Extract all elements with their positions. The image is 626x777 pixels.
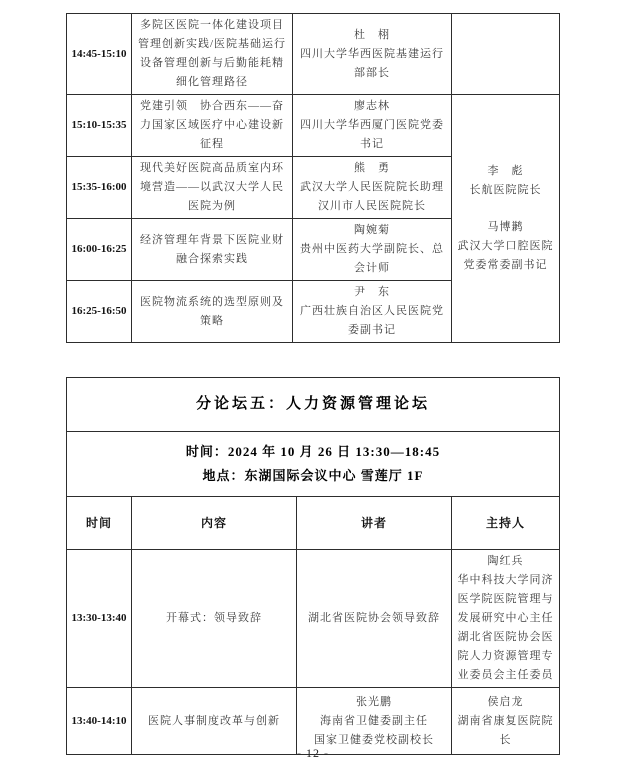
forum-location-line: 地点：东湖国际会议中心 雪莲厅 1F [71, 464, 555, 488]
forum-title: 分论坛五：人力资源管理论坛 [67, 378, 560, 432]
speaker-name: 廖志林 [297, 97, 447, 116]
time-cell: 16:25-16:50 [67, 281, 132, 343]
time-cell: 13:40-14:10 [67, 688, 132, 755]
time-cell: 13:30-13:40 [67, 550, 132, 688]
time-cell: 15:35-16:00 [67, 157, 132, 219]
topic-cell: 多院区医院一体化建设项目管理创新实践/医院基础运行设备管理创新与后勤能耗精细化管… [132, 14, 293, 95]
speaker-cell: 陶婉菊 贵州中医药大学副院长、总会计师 [293, 219, 452, 281]
forum-time-location: 时间：2024 年 10 月 26 日 13:30—18:45 地点：东湖国际会… [67, 432, 560, 497]
column-header-moderator: 主持人 [452, 497, 560, 550]
speaker-cell: 杜 栩 四川大学华西医院基建运行部部长 [293, 14, 452, 95]
speaker-cell: 熊 勇 武汉大学人民医院院长助理汉川市人民医院院长 [293, 157, 452, 219]
speaker-title: 广西壮族自治区人民医院党委副书记 [297, 302, 447, 340]
speaker-cell: 湖北省医院协会领导致辞 [297, 550, 452, 688]
topic-cell: 现代美好医院高品质室内环境营造——以武汉大学人民医院为例 [132, 157, 293, 219]
moderator-title: 湖北省医院协会医院人力资源管理专业委员会主任委员 [456, 628, 555, 685]
speaker-cell: 张光鹏 海南省卫健委副主任 国家卫健委党校副校长 [297, 688, 452, 755]
topic-cell: 医院人事制度改革与创新 [132, 688, 297, 755]
moderator-title: 武汉大学口腔医院党委常委副书记 [456, 237, 555, 275]
speaker-name: 熊 勇 [297, 159, 447, 178]
moderator-title: 长航医院院长 [456, 181, 555, 200]
moderator-title: 湖南省康复医院院长 [456, 712, 555, 750]
moderators-cell: 李 彪 长航医院院长 马博鹣 武汉大学口腔医院党委常委副书记 [452, 95, 560, 343]
document-page: 14:45-15:10 多院区医院一体化建设项目管理创新实践/医院基础运行设备管… [0, 0, 626, 777]
speaker-name: 陶婉菊 [297, 221, 447, 240]
moderator-cell: 陶红兵 华中科技大学同济医学院医院管理与发展研究中心主任 湖北省医院协会医院人力… [452, 550, 560, 688]
time-cell: 16:00-16:25 [67, 219, 132, 281]
forum-time-line: 时间：2024 年 10 月 26 日 13:30—18:45 [71, 440, 555, 464]
column-header-speaker: 讲者 [297, 497, 452, 550]
speaker-title: 武汉大学人民医院院长助理汉川市人民医院院长 [297, 178, 447, 216]
moderator-cell: 侯启龙 湖南省康复医院院长 [452, 688, 560, 755]
speaker-title: 四川大学华西医院基建运行部部长 [297, 45, 447, 83]
schedule-table-continued: 14:45-15:10 多院区医院一体化建设项目管理创新实践/医院基础运行设备管… [66, 13, 560, 343]
page-number: - 12 - [0, 746, 626, 761]
moderator-name: 马博鹣 [456, 218, 555, 237]
moderator-cell-empty [452, 14, 560, 95]
topic-cell: 经济管理年背景下医院业财融合探索实践 [132, 219, 293, 281]
topic-cell: 开幕式：领导致辞 [132, 550, 297, 688]
column-header-topic: 内容 [132, 497, 297, 550]
moderator-name: 陶红兵 [456, 552, 555, 571]
moderator-name: 李 彪 [456, 162, 555, 181]
topic-cell: 医院物流系统的选型原则及策略 [132, 281, 293, 343]
speaker-cell: 廖志林 四川大学华西厦门医院党委书记 [293, 95, 452, 157]
speaker-title: 海南省卫健委副主任 [301, 712, 447, 731]
column-header-time: 时间 [67, 497, 132, 550]
speaker-cell: 尹 东 广西壮族自治区人民医院党委副书记 [293, 281, 452, 343]
speaker-name: 尹 东 [297, 283, 447, 302]
speaker-name: 张光鹏 [301, 693, 447, 712]
time-cell: 15:10-15:35 [67, 95, 132, 157]
speaker-name: 杜 栩 [297, 26, 447, 45]
forum5-table: 分论坛五：人力资源管理论坛 时间：2024 年 10 月 26 日 13:30—… [66, 377, 560, 755]
speaker-title: 贵州中医药大学副院长、总会计师 [297, 240, 447, 278]
moderator-name: 侯启龙 [456, 693, 555, 712]
moderator-title: 华中科技大学同济医学院医院管理与发展研究中心主任 [456, 571, 555, 628]
speaker-title: 四川大学华西厦门医院党委书记 [297, 116, 447, 154]
time-cell: 14:45-15:10 [67, 14, 132, 95]
topic-cell: 党建引领 协合西东——奋力国家区域医疗中心建设新征程 [132, 95, 293, 157]
